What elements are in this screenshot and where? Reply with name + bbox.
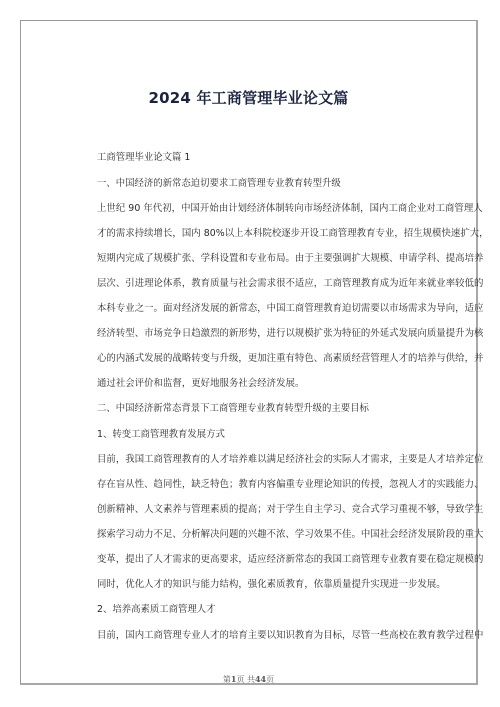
paragraph-line: 才的需求持续增长，国内 80%以上本科院校逐步开设工商管理教育专业，招生规模快速… [97, 228, 457, 240]
paragraph-line: 探索学习动力不足、分析解决问题的兴趣不浓、学习效果不佳。中国社会经济发展阶段的重… [97, 529, 457, 541]
paragraph-1: 上世纪 90 年代初，中国开始由计划经济体制转向市场经济体制，国内工商企业对工商… [97, 203, 457, 390]
paragraph-line: 同时，优化人才的知识与能力结构，强化素质教育，依靠质量提升实现进一步发展。 [97, 579, 457, 591]
page-total: 44 [255, 674, 266, 684]
section-heading-1: 一、中国经济的新常态迫切要求工商管理专业教育转型升级 [97, 178, 457, 190]
paragraph-line: 变革，提出了人才需求的更高要求，适应经济新常态的我国工商管理专业教育要在稳定规模… [97, 554, 457, 566]
document-title: 2024 年工商管理毕业论文篇 [21, 87, 476, 108]
paragraph-line: 创新精神、人文素养与管理素质的提高；对于学生自主学习、竞合式学习重视不够，导致学… [97, 504, 457, 516]
paragraph-3: 目前，国内工商管理专业人才的培育主要以知识教育为目标，尽管一些高校在教育教学过程… [97, 630, 457, 642]
paragraph-line: 短期内完成了规模扩张、学科设置和专业布局。由于主要强调扩大规模、申请学科、提高培… [97, 253, 457, 265]
paragraph-line: 目前，我国工商管理教育的人才培养难以满足经济社会的实际人才需求，主要是人才培养定… [97, 454, 457, 466]
subsection-heading-1: 1、转变工商管理教育发展方式 [97, 429, 457, 441]
document-subtitle: 工商管理毕业论文篇 1 [97, 152, 457, 164]
paragraph-line: 上世纪 90 年代初，中国开始由计划经济体制转向市场经济体制，国内工商企业对工商… [97, 203, 457, 215]
page-suffix: 页 [266, 675, 274, 684]
section-heading-2: 二、中国经济新常态背景下工商管理专业教育转型升级的主要目标 [97, 403, 457, 415]
paragraph-line: 本科专业之一。面对经济发展的新常态，中国工商管理教育迫切需要以市场需求为导向，适… [97, 303, 457, 315]
page-mid: 页 共 [236, 675, 255, 684]
document-body: 工商管理毕业论文篇 1 一、中国经济的新常态迫切要求工商管理专业教育转型升级 上… [97, 152, 457, 655]
paragraph-line: 通过社会评价和监督，更好地服务社会经济发展。 [97, 378, 457, 390]
paragraph-line: 经济转型、市场竞争日趋激烈的新形势，进行以规模扩张为特征的外延式发展向质量提升为… [97, 328, 457, 340]
paragraph-2: 目前，我国工商管理教育的人才培养难以满足经济社会的实际人才需求，主要是人才培养定… [97, 454, 457, 591]
page-footer: 第1页 共44页 [21, 674, 476, 685]
document-page: 2024 年工商管理毕业论文篇 工商管理毕业论文篇 1 一、中国经济的新常态迫切… [20, 20, 478, 685]
subsection-heading-2: 2、培养高素质工商管理人才 [97, 604, 457, 616]
paragraph-line: 层次、引进理论体系，教育质量与社会需求很不适应，工商管理教育成为近年来就业率较低… [97, 278, 457, 290]
page-prefix: 第 [223, 675, 231, 684]
paragraph-line: 存在盲从性、趋同性，缺乏特色；教育内容偏重专业理论知识的传授，忽视人才的实践能力… [97, 479, 457, 491]
paragraph-line: 目前，国内工商管理专业人才的培育主要以知识教育为目标，尽管一些高校在教育教学过程… [97, 630, 457, 642]
paragraph-line: 心的内涵式发展的战略转变与升级，更加注重有特色、高素质经营管理人才的培养与供给，… [97, 353, 457, 365]
